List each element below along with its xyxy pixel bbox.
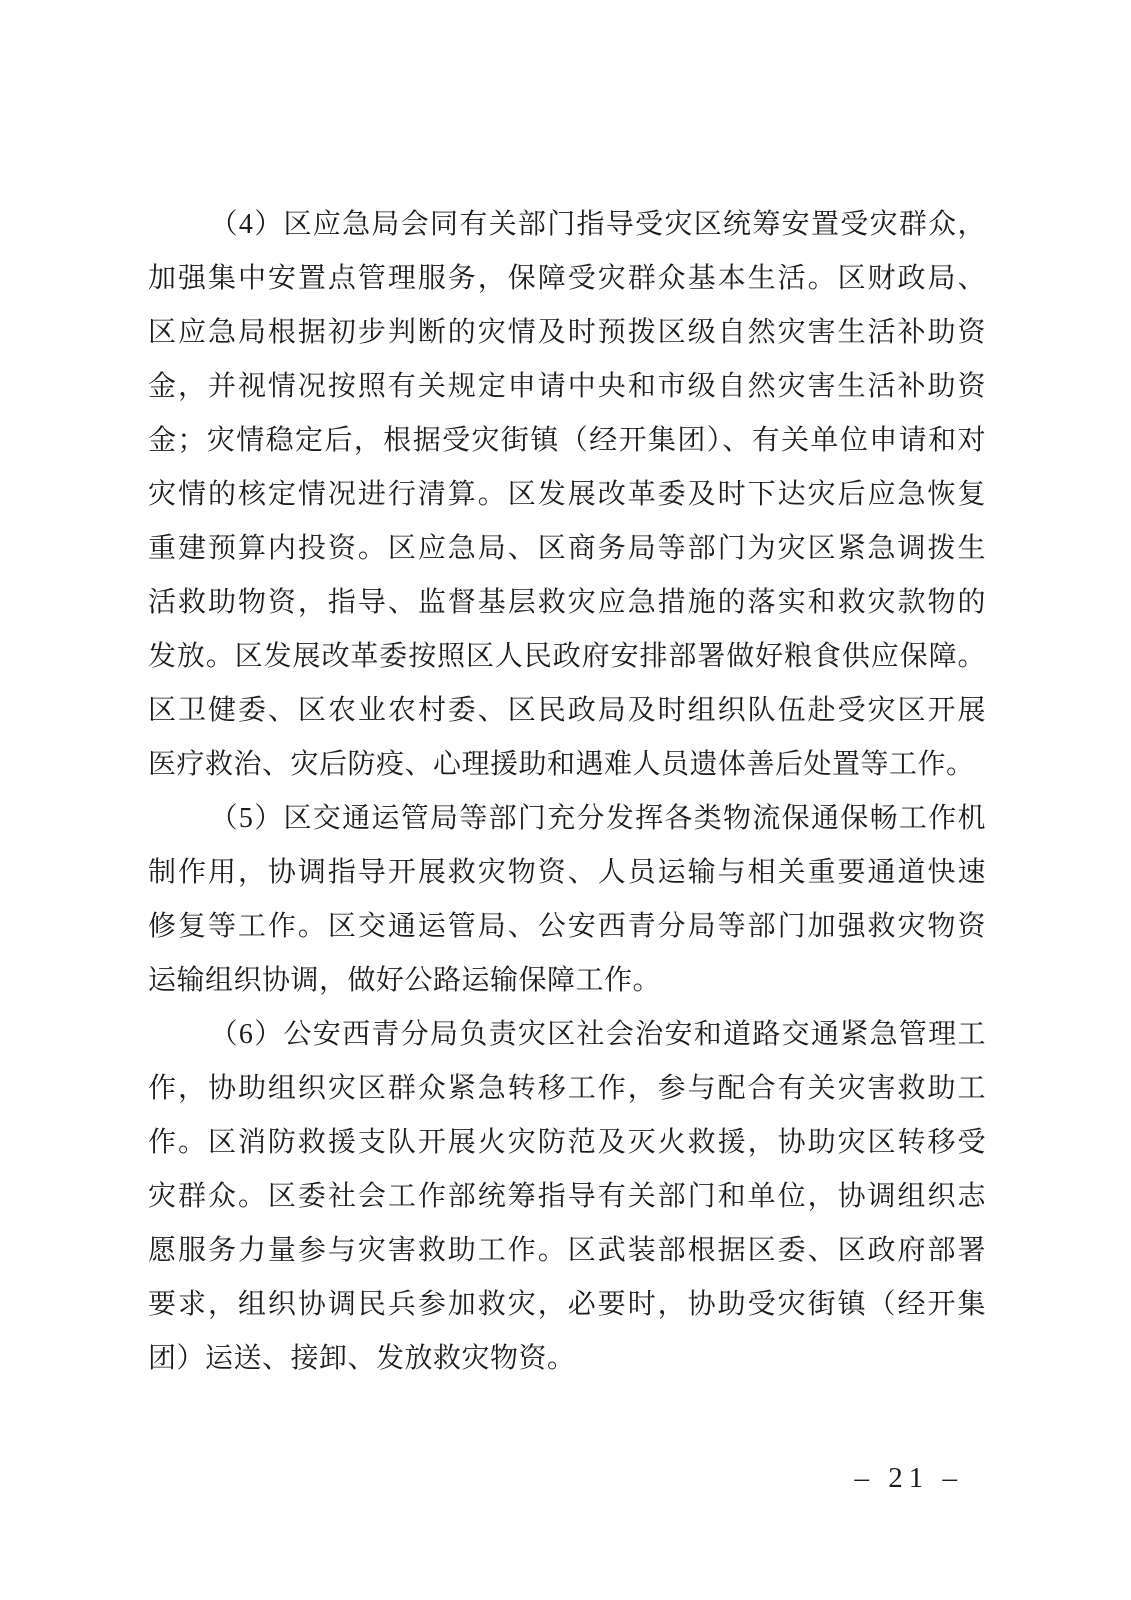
text-line: 要求，组织协调民兵参加救灾，必要时，协助受灾街镇（经开集 — [148, 1278, 986, 1332]
text-line: 金，并视情况按照有关规定申请中央和市级自然灾害生活补助资 — [148, 360, 986, 414]
document-body: （4）区应急局会同有关部门指导受灾区统筹安置受灾群众，加强集中安置点管理服务，保… — [148, 198, 986, 1386]
text-line: 修复等工作。区交通运管局、公安西青分局等部门加强救灾物资 — [148, 900, 986, 954]
text-line: （6）公安西青分局负责灾区社会治安和道路交通紧急管理工 — [148, 1008, 986, 1062]
text-line: 医疗救治、灾后防疫、心理援助和遇难人员遗体善后处置等工作。 — [148, 738, 986, 792]
text-line: 活救助物资，指导、监督基层救灾应急措施的落实和救灾款物的 — [148, 576, 986, 630]
text-line: 作。区消防救援支队开展火灾防范及灭火救援，协助灾区转移受 — [148, 1116, 986, 1170]
text-line: （4）区应急局会同有关部门指导受灾区统筹安置受灾群众， — [148, 198, 986, 252]
text-line: 加强集中安置点管理服务，保障受灾群众基本生活。区财政局、 — [148, 252, 986, 306]
page-footer: – 21 – — [855, 1462, 964, 1502]
text-line: 作，协助组织灾区群众紧急转移工作，参与配合有关灾害救助工 — [148, 1062, 986, 1116]
text-line: 团）运送、接卸、发放救灾物资。 — [148, 1332, 986, 1386]
paragraph-item-5: （5）区交通运管局等部门充分发挥各类物流保通保畅工作机制作用，协调指导开展救灾物… — [148, 792, 986, 1008]
text-line: 愿服务力量参与灾害救助工作。区武装部根据区委、区政府部署 — [148, 1224, 986, 1278]
text-line: 运输组织协调，做好公路运输保障工作。 — [148, 954, 986, 1008]
text-line: 灾情的核定情况进行清算。区发展改革委及时下达灾后应急恢复 — [148, 468, 986, 522]
text-line: 区卫健委、区农业农村委、区民政局及时组织队伍赴受灾区开展 — [148, 684, 986, 738]
paragraph-item-4: （4）区应急局会同有关部门指导受灾区统筹安置受灾群众，加强集中安置点管理服务，保… — [148, 198, 986, 792]
text-line: 重建预算内投资。区应急局、区商务局等部门为灾区紧急调拨生 — [148, 522, 986, 576]
paragraph-item-6: （6）公安西青分局负责灾区社会治安和道路交通紧急管理工作，协助组织灾区群众紧急转… — [148, 1008, 986, 1386]
text-line: （5）区交通运管局等部门充分发挥各类物流保通保畅工作机 — [148, 792, 986, 846]
text-line: 金；灾情稳定后，根据受灾街镇（经开集团）、有关单位申请和对 — [148, 414, 986, 468]
text-line: 制作用，协调指导开展救灾物资、人员运输与相关重要通道快速 — [148, 846, 986, 900]
document-page: （4）区应急局会同有关部门指导受灾区统筹安置受灾群众，加强集中安置点管理服务，保… — [0, 0, 1131, 1600]
text-line: 发放。区发展改革委按照区人民政府安排部署做好粮食供应保障。 — [148, 630, 986, 684]
page-number: – 21 – — [855, 1462, 964, 1494]
text-line: 灾群众。区委社会工作部统筹指导有关部门和单位，协调组织志 — [148, 1170, 986, 1224]
text-line: 区应急局根据初步判断的灾情及时预拨区级自然灾害生活补助资 — [148, 306, 986, 360]
